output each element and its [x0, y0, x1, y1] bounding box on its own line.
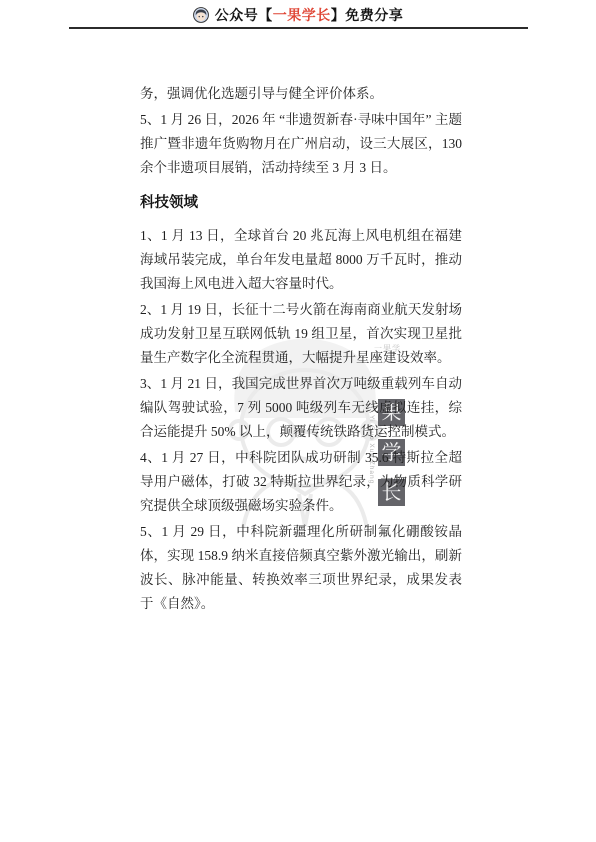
- news-item-culture-5: 5、1 月 26 日，2026 年 “非遗贺新春·寻味中国年” 主题推广暨非遗年…: [140, 108, 462, 180]
- header-divider: [69, 27, 528, 29]
- section-title: 科技领域: [140, 191, 462, 215]
- document-body: 务，强调优化选题引导与健全评价体系。 5、1 月 26 日，2026 年 “非遗…: [140, 82, 462, 618]
- header: 公众号【一果学长】免费分享: [0, 5, 596, 25]
- paragraph-continuation: 务，强调优化选题引导与健全评价体系。: [140, 82, 462, 106]
- news-item-tech-4: 4、1 月 27 日，中科院团队成功研制 35.6 特斯拉全超导用户磁体，打破 …: [140, 446, 462, 518]
- document-page: 公众号【一果学长】免费分享 一果学长 果 学 长 Yi Guo Xue Zhan…: [0, 0, 596, 842]
- header-text: 公众号【一果学长】免费分享: [215, 5, 404, 25]
- brand-name: 一果学长: [273, 7, 331, 23]
- news-item-tech-1: 1、1 月 13 日，全球首台 20 兆瓦海上风电机组在福建海域吊装完成，单台年…: [140, 224, 462, 296]
- news-item-tech-3: 3、1 月 21 日，我国完成世界首次万吨级重载列车自动编队驾驶试验，7 列 5…: [140, 372, 462, 444]
- header-suffix: 】免费分享: [331, 7, 404, 23]
- official-account-avatar-icon: [193, 7, 209, 23]
- news-item-tech-5: 5、1 月 29 日，中科院新疆理化所研制氟化硼酸铵晶体，实现 158.9 纳米…: [140, 520, 462, 616]
- header-prefix: 公众号【: [215, 7, 273, 23]
- news-item-tech-2: 2、1 月 19 日，长征十二号火箭在海南商业航天发射场成功发射卫星互联网低轨 …: [140, 298, 462, 370]
